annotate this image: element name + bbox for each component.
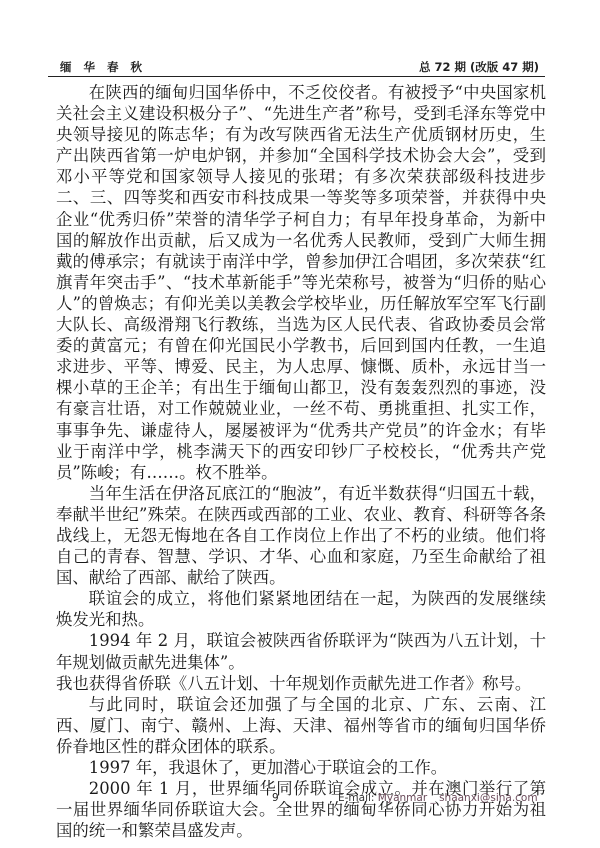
email-line: E-mail: Myanmar _ shaanxi@sina.com [338, 792, 538, 804]
page-header: 缅 华 春 秋 总 72 期 (改版 47 期) [48, 58, 545, 77]
email-address: Myanmar _ shaanxi@sina.com [378, 792, 538, 804]
page-number: 9 [272, 792, 279, 804]
paragraph: 在陕西的缅甸归国华侨中，不乏佼佼者。有被授予“中央国家机关社会主义建设积极分子”… [56, 82, 546, 483]
paragraph: 与此同时，联谊会还加强了与全国的北京、广东、云南、江西、厦门、南宁、赣州、上海、… [56, 694, 546, 757]
paragraph: 联谊会的成立，将他们紧紧地团结在一起，为陕西的发展继续焕发光和热。 [56, 588, 546, 630]
paragraph: 1994 年 2 月，联谊会被陕西省侨联评为“陕西为八五计划，十年规划做贡献先进… [56, 630, 546, 672]
email-label: E-mail: [338, 792, 378, 804]
article-body: 在陕西的缅甸归国华侨中，不乏佼佼者。有被授予“中央国家机关社会主义建设积极分子”… [56, 82, 546, 841]
issue-number: 总 72 期 (改版 47 期) [419, 59, 539, 75]
paragraph: 当年生活在伊洛瓦底江的“胞波”，有近半数获得“归国五十载，奉献半世纪”殊荣。在陕… [56, 483, 546, 588]
paragraph: 2000 年 1 月，世界缅华同侨联谊会成立。并在澳门举行了第一届世界缅华同侨联… [56, 778, 546, 841]
paragraph: 我也获得省侨联《八五计划、十年规划作贡献先进工作者》称号。 [56, 673, 546, 694]
page-footer: 9 E-mail: Myanmar _ shaanxi@sina.com [0, 792, 600, 808]
paragraph: 1997 年，我退休了，更加潜心于联谊会的工作。 [56, 757, 546, 778]
publication-title: 缅 华 春 秋 [60, 59, 146, 75]
